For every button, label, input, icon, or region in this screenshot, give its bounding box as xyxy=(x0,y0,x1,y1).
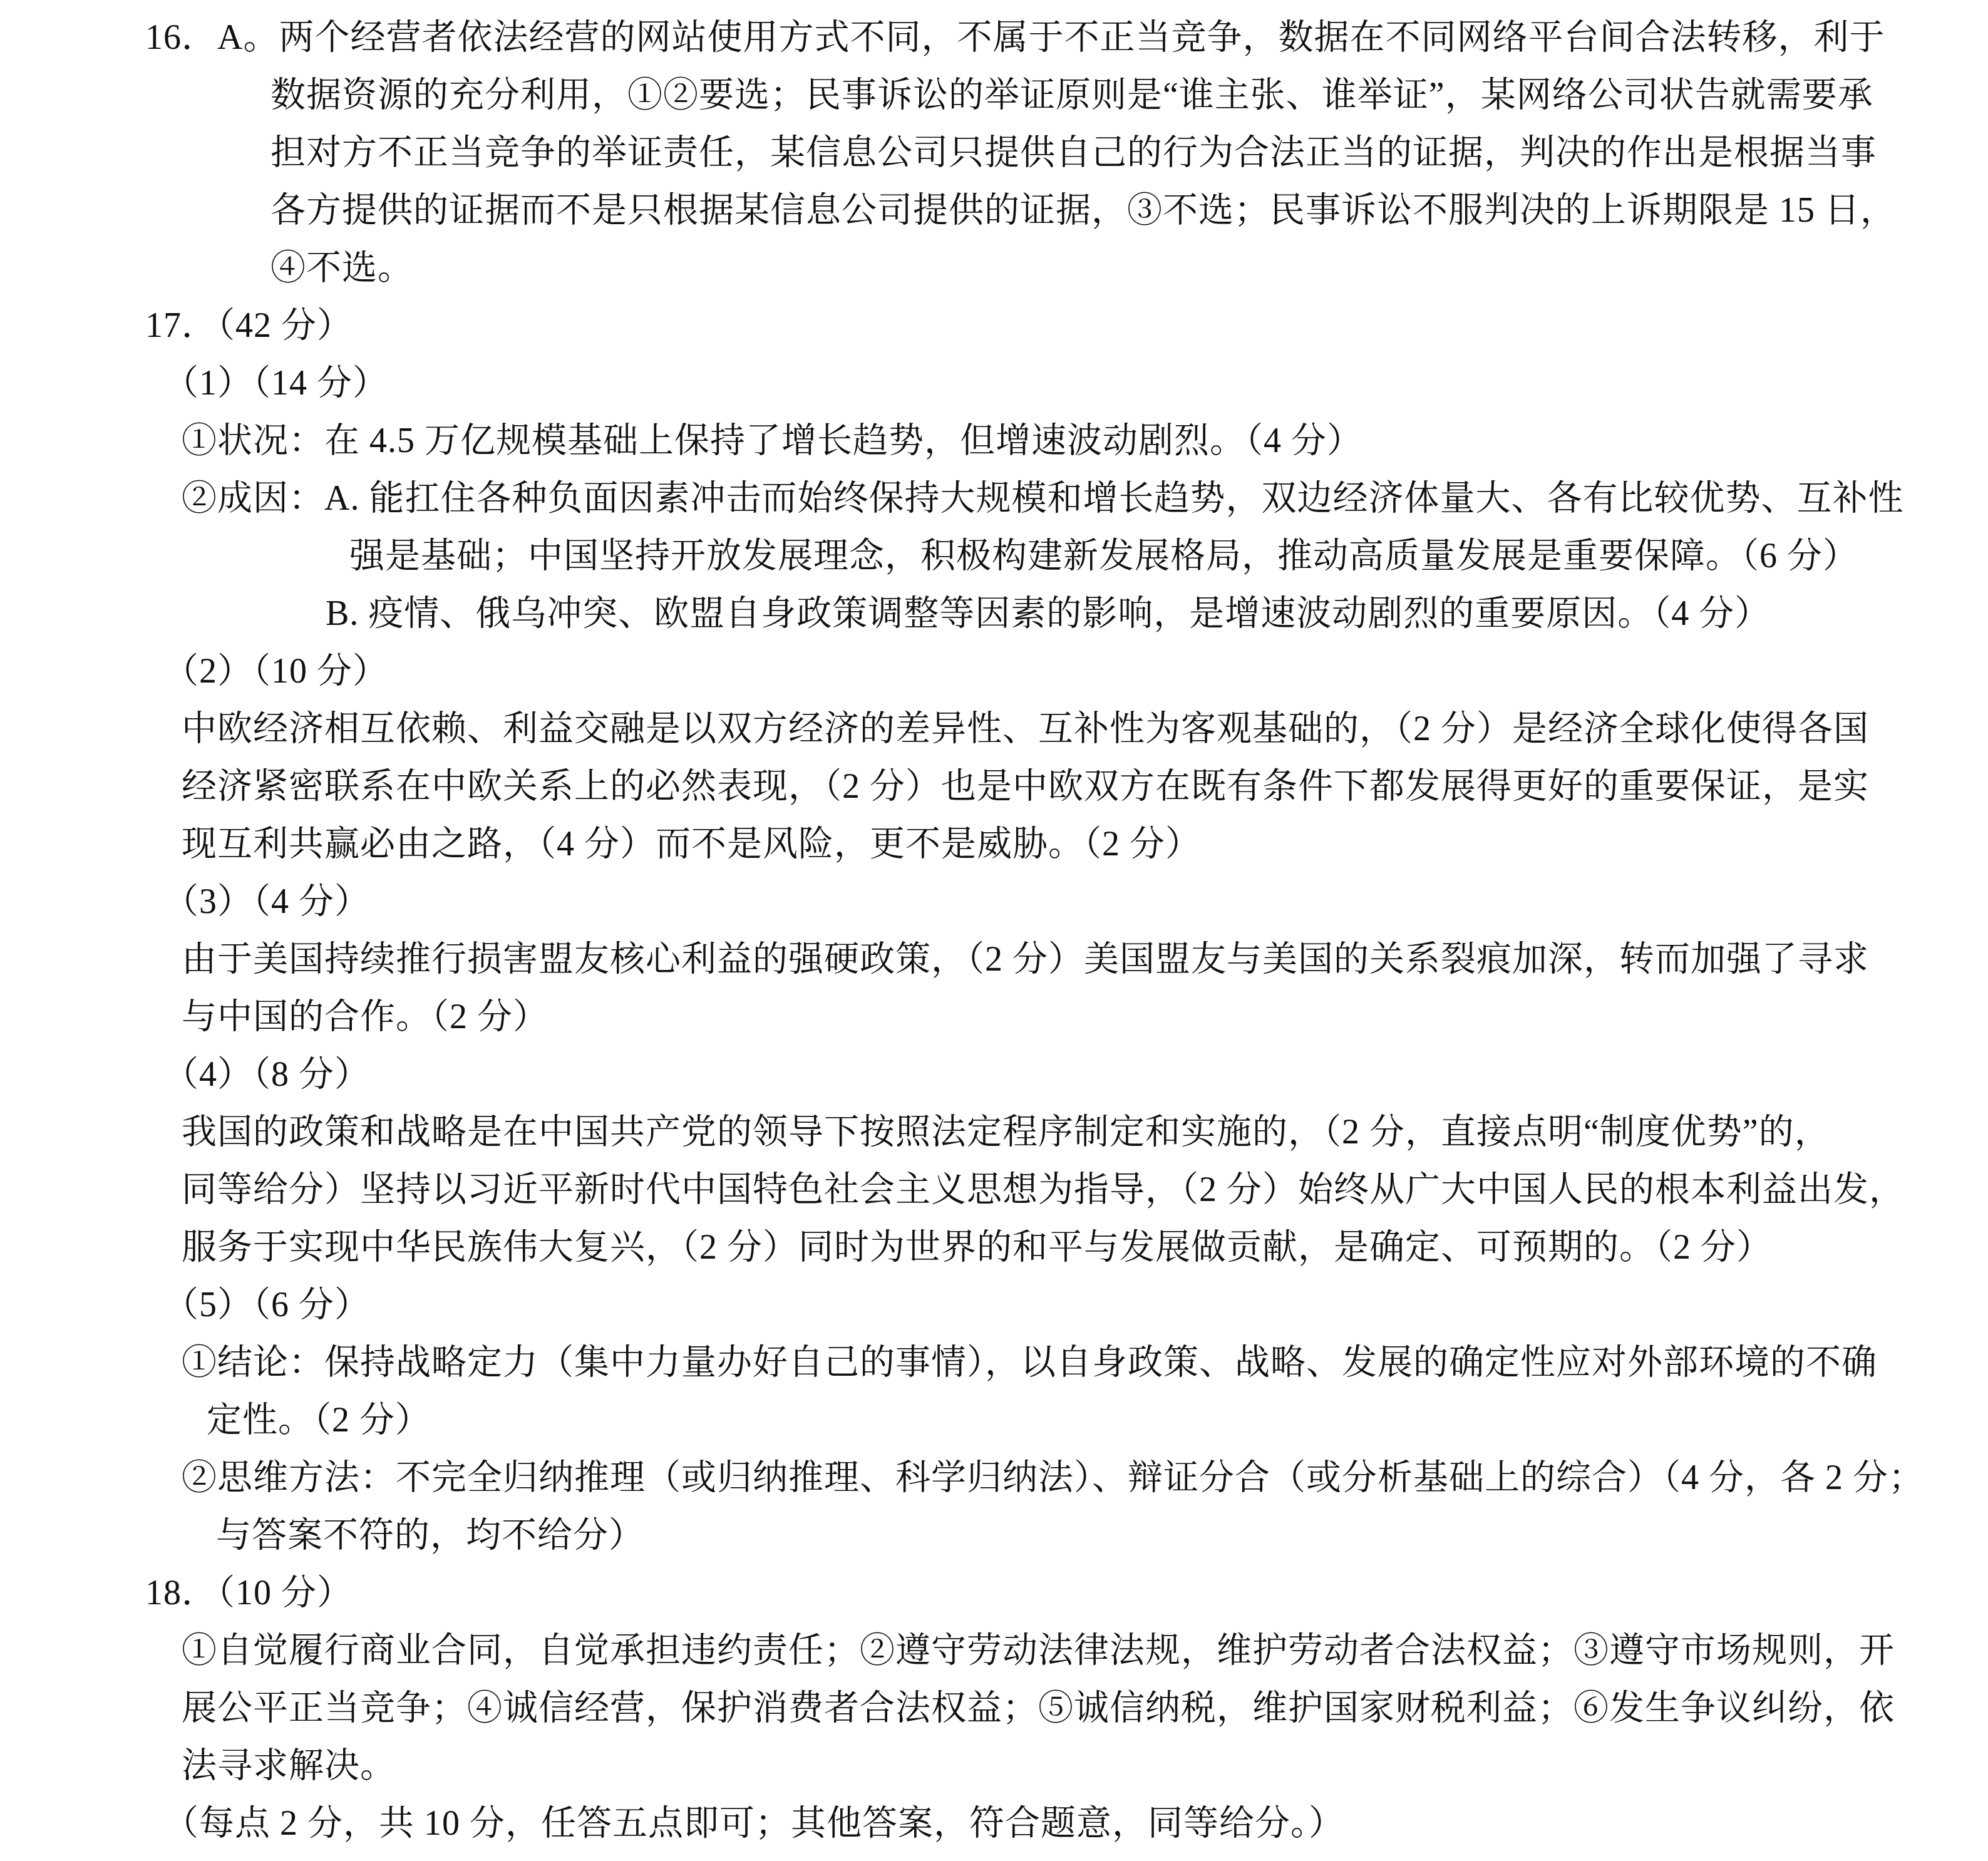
text-line: ④不选。 xyxy=(270,239,1988,297)
text-line: 定性。（2 分） xyxy=(207,1391,1988,1449)
text-line: （3）（4 分） xyxy=(163,873,1988,930)
text-line: 各方提供的证据而不是只根据某信息公司提供的证据，③不选；民事诉讼不服判决的上诉期… xyxy=(270,182,1988,239)
text-line: 法寻求解决。 xyxy=(182,1737,1988,1795)
text-line: 展公平正当竞争；④诚信经营，保护消费者合法权益；⑤诚信纳税，维护国家财税利益；⑥… xyxy=(182,1679,1988,1737)
text-line: ②思维方法：不完全归纳推理（或归纳推理、科学归纳法）、辩证分合（或分析基础上的综… xyxy=(182,1449,1988,1507)
text-line: （1）（14 分） xyxy=(163,354,1988,412)
text-line: ②成因：A. 能扛住各种负面因素冲击而始终保持大规模和增长趋势，双边经济体量大、… xyxy=(182,470,1988,527)
text-line: （4）（8 分） xyxy=(163,1046,1988,1103)
text-line: （2）（10 分） xyxy=(163,642,1988,700)
text-line: 现互利共赢必由之路，（4 分）而不是风险，更不是威胁。（2 分） xyxy=(182,815,1988,873)
text-line: 与中国的合作。（2 分） xyxy=(182,988,1988,1046)
text-line: 数据资源的充分利用，①②要选；民事诉讼的举证原则是“谁主张、谁举证”，某网络公司… xyxy=(270,66,1988,124)
text-line: 16．A。两个经营者依法经营的网站使用方式不同，不属于不正当竞争，数据在不同网络… xyxy=(145,9,1988,66)
text-line: 经济紧密联系在中欧关系上的必然表现，（2 分）也是中欧双方在既有条件下都发展得更… xyxy=(182,758,1988,815)
text-line: 担对方不正当竞争的举证责任，某信息公司只提供自己的行为合法正当的证据，判决的作出… xyxy=(270,124,1988,182)
text-line: 我国的政策和战略是在中国共产党的领导下按照法定程序制定和实施的，（2 分，直接点… xyxy=(182,1103,1988,1161)
text-line: （每点 2 分，共 10 分，任答五点即可；其他答案，符合题意，同等给分。） xyxy=(163,1795,1988,1852)
answer-document: 16．A。两个经营者依法经营的网站使用方式不同，不属于不正当竞争，数据在不同网络… xyxy=(0,0,1988,1852)
text-line: 服务于实现中华民族伟大复兴，（2 分）同时为世界的和平与发展做贡献，是确定、可预… xyxy=(182,1219,1988,1276)
text-line: 由于美国持续推行损害盟友核心利益的强硬政策，（2 分）美国盟友与美国的关系裂痕加… xyxy=(182,930,1988,988)
text-line: （5）（6 分） xyxy=(163,1276,1988,1334)
text-line: ①状况：在 4.5 万亿规模基础上保持了增长趋势，但增速波动剧烈。（4 分） xyxy=(182,412,1988,470)
text-line: 同等给分）坚持以习近平新时代中国特色社会主义思想为指导，（2 分）始终从广大中国… xyxy=(182,1161,1988,1219)
text-line: 中欧经济相互依赖、利益交融是以双方经济的差异性、互补性为客观基础的，（2 分）是… xyxy=(182,700,1988,758)
text-line: 18．（10 分） xyxy=(145,1564,1988,1622)
text-line: ①结论：保持战略定力（集中力量办好自己的事情），以自身政策、战略、发展的确定性应… xyxy=(182,1334,1988,1391)
text-line: 17．（42 分） xyxy=(145,297,1988,354)
answer-key-page: 16．A。两个经营者依法经营的网站使用方式不同，不属于不正当竞争，数据在不同网络… xyxy=(0,0,1988,1861)
text-line: ①自觉履行商业合同，自觉承担违约责任；②遵守劳动法律法规，维护劳动者合法权益；③… xyxy=(182,1622,1988,1679)
text-line: 与答案不符的，均不给分） xyxy=(216,1507,1988,1564)
text-line: B. 疫情、俄乌冲突、欧盟自身政策调整等因素的影响，是增速波动剧烈的重要原因。（… xyxy=(326,585,1988,642)
text-line: 强是基础；中国坚持开放发展理念，积极构建新发展格局，推动高质量发展是重要保障。（… xyxy=(349,527,1988,585)
